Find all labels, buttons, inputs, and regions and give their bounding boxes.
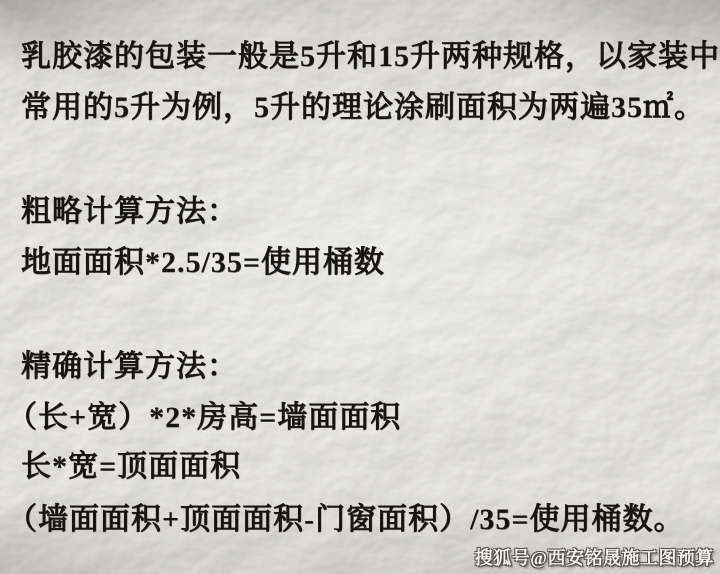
rough-method-formula: 地面面积*2.5/35=使用桶数: [21, 246, 385, 280]
intro-line-1: 乳胶漆的包装一般是5升和15升两种规格，以家装中: [21, 40, 720, 74]
paint-calculation-infographic: 乳胶漆的包装一般是5升和15升两种规格，以家装中 常用的5升为例，5升的理论涂刷…: [0, 0, 720, 574]
precise-method-heading: 精确计算方法：: [21, 350, 238, 384]
intro-line-2: 常用的5升为例，5升的理论涂刷面积为两遍35㎡。: [21, 91, 705, 125]
precise-method-ceiling-formula: 长*宽=顶面面积: [21, 450, 241, 484]
rough-method-heading: 粗略计算方法：: [21, 195, 238, 229]
precise-method-wall-formula: （长+宽）*2*房高=墙面面积: [7, 401, 401, 435]
sohu-account-watermark: 搜狐号@西安铭晟施工图预算: [475, 544, 714, 570]
crumpled-paper-texture: [0, 0, 720, 574]
precise-method-buckets-formula: （墙面面积+顶面面积-门窗面积）/35=使用桶数。: [7, 503, 685, 537]
